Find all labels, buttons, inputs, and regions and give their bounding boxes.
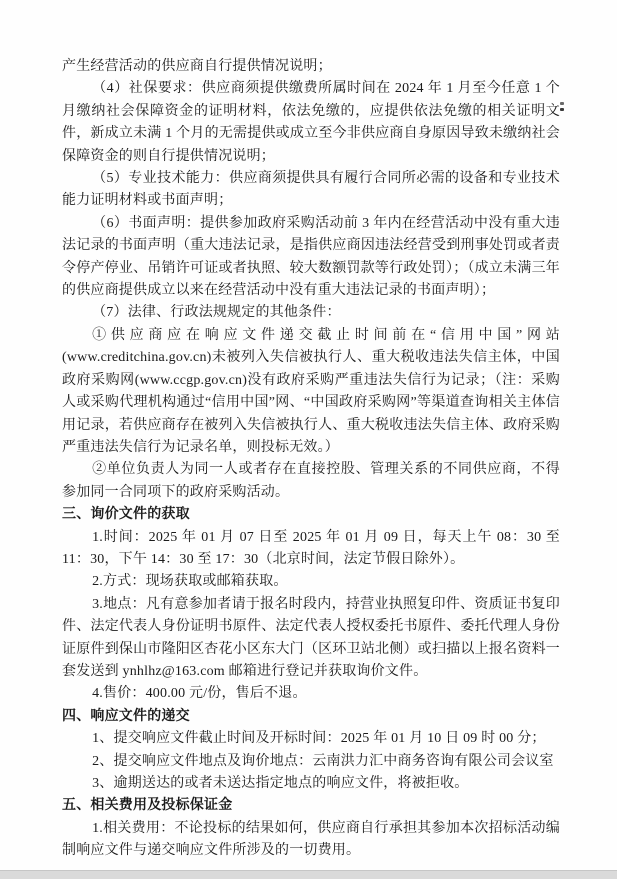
scan-artifact: [560, 108, 564, 111]
document-content: 产生经营活动的供应商自行提供情况说明；（4）社保要求：供应商须提供缴费所属时间在…: [62, 56, 560, 863]
paragraph: 1.相关费用：不论投标的结果如何，供应商自行承担其参加本次招标活动编制响应文件与…: [62, 818, 560, 863]
paragraph: 1.时间：2025 年 01 月 07 日至 2025 年 01 月 09 日，…: [62, 527, 560, 572]
paragraph: 2、提交响应文件地点及询价地点：云南洪力汇中商务咨询有限公司会议室: [62, 751, 560, 773]
paragraph: ②单位负责人为同一人或者存在直接控股、管理关系的不同供应商，不得参加同一合同项下…: [62, 459, 560, 504]
paragraph: ①供应商应在响应文件递交截止时间前在“信用中国”网站(www.creditchi…: [62, 325, 560, 459]
section-heading: 四、响应文件的递交: [62, 706, 560, 728]
paragraph: 2.方式：现场获取或邮箱获取。: [62, 571, 560, 593]
paragraph: （7）法律、行政法规规定的其他条件：: [62, 302, 560, 324]
scan-artifact: [560, 102, 564, 105]
paragraph: 4.售价：400.00 元/份，售后不退。: [62, 683, 560, 705]
paragraph: （6）书面声明：提供参加政府采购活动前 3 年内在经营活动中没有重大违法记录的书…: [62, 213, 560, 303]
section-heading: 三、询价文件的获取: [62, 504, 560, 526]
paragraph: 3、逾期送达的或者未送达指定地点的响应文件，将被拒收。: [62, 773, 560, 795]
section-heading: 五、相关费用及投标保证金: [62, 795, 560, 817]
page-bottom-edge: [0, 870, 617, 879]
document-page: 产生经营活动的供应商自行提供情况说明；（4）社保要求：供应商须提供缴费所属时间在…: [0, 0, 617, 879]
paragraph: 1、提交响应文件截止时间及开标时间：2025 年 01 月 10 日 09 时 …: [62, 728, 560, 750]
paragraph: （4）社保要求：供应商须提供缴费所属时间在 2024 年 1 月至今任意 1 个…: [62, 78, 560, 168]
paragraph: 3.地点：凡有意参加者请于报名时段内，持营业执照复印件、资质证书复印件、法定代表…: [62, 594, 560, 684]
paragraph: （5）专业技术能力：供应商须提供具有履行合同所必需的设备和专业技术能力证明材料或…: [62, 168, 560, 213]
paragraph: 产生经营活动的供应商自行提供情况说明；: [62, 56, 560, 78]
